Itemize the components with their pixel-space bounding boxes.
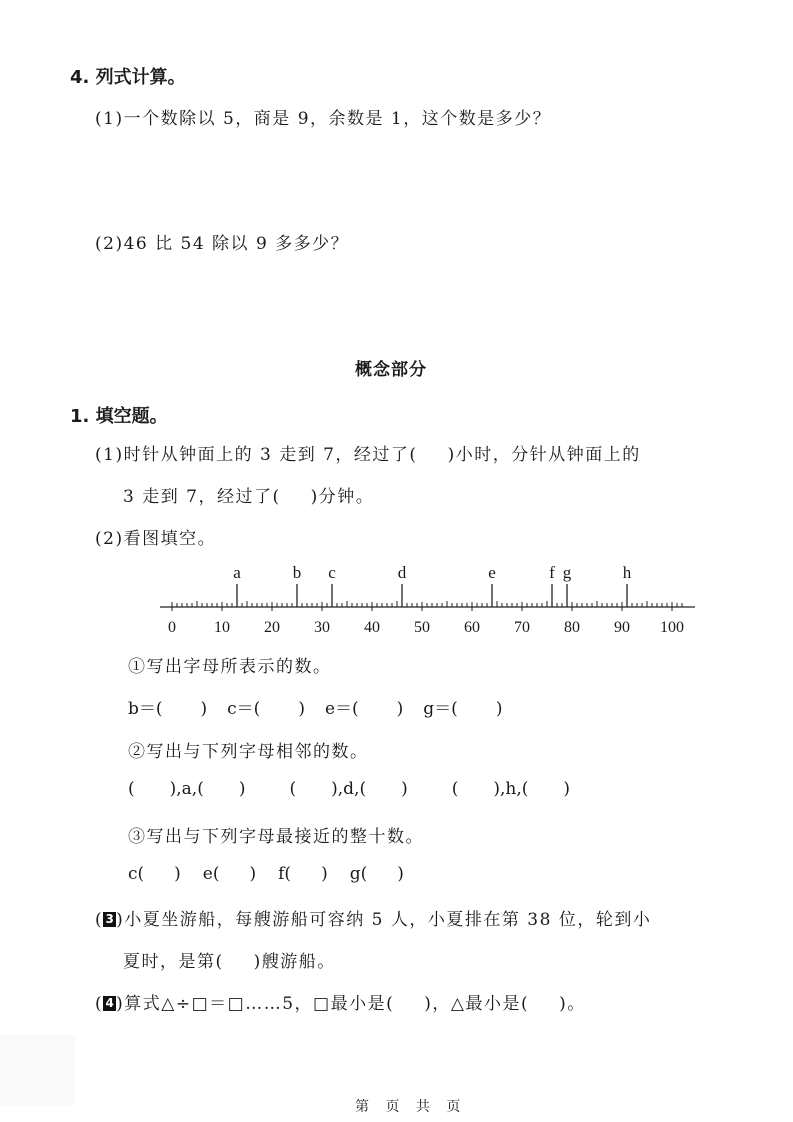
question-calc-2: (2)46 比 54 除以 9 多多少？: [95, 229, 349, 254]
question-fill-3-line2: 夏时，是第()艘游船。: [123, 947, 336, 972]
q1-line2-part-a: 3 走到 7，经过了(: [123, 487, 281, 507]
paren-close: ): [496, 699, 503, 719]
marker-label-h: h: [623, 563, 632, 582]
f-label: f(: [278, 864, 291, 884]
scan-artifact: [0, 1035, 75, 1105]
number-line-figure: 0102030405060708090100abcdefgh: [155, 560, 700, 640]
number-line: 0102030405060708090100abcdefgh: [155, 560, 700, 640]
question-number-badge: 4: [103, 996, 116, 1011]
paren-open: (: [452, 779, 459, 799]
marker-label-c: c: [328, 563, 336, 582]
e-label: e＝(: [325, 699, 359, 719]
question-fill-1-line1: (1)时针从钟面上的 3 走到 7，经过了()小时，分针从钟面上的: [95, 440, 641, 465]
paren-close: ): [397, 699, 404, 719]
c-label: c(: [128, 864, 144, 884]
e-label: e(: [203, 864, 220, 884]
q1-line1-part-b: )小时，分针从钟面上的: [448, 445, 641, 465]
paren-open: (: [95, 910, 103, 930]
question-fill-1-line2: 3 走到 7，经过了()分钟。: [123, 482, 374, 507]
q3-line2-b: )艘游船。: [254, 952, 336, 972]
tick-label: 40: [364, 619, 380, 636]
section-title-calc: 4. 列式计算。: [70, 63, 186, 89]
tick-label: 80: [564, 619, 580, 636]
c-label: c＝(: [227, 699, 260, 719]
tick-label: 30: [314, 619, 330, 636]
g-label: g(: [350, 864, 368, 884]
a-label: ),a,(: [170, 779, 204, 799]
marker-label-g: g: [563, 563, 572, 582]
q1-line2-part-b: )分钟。: [311, 487, 375, 507]
q1-line1-part-a: (1)时针从钟面上的 3 走到 7，经过了(: [95, 445, 418, 465]
tick-label: 0: [168, 619, 176, 636]
paren-close: ): [401, 779, 408, 799]
b-label: b＝(: [128, 699, 163, 719]
marker-label-f: f: [549, 563, 555, 582]
g-label: g＝(: [423, 699, 458, 719]
paren-open: (: [128, 779, 135, 799]
sub1-answers: b＝()c＝()e＝()g＝(): [128, 694, 502, 719]
paren-close: ): [563, 779, 570, 799]
marker-label-e: e: [488, 563, 496, 582]
question-fill-2-label: (2)看图填空。: [95, 524, 216, 549]
q4-text-a: )算式△÷□＝□……5，□最小是(: [116, 994, 394, 1014]
tick-label: 90: [614, 619, 630, 636]
paren-open: (: [290, 779, 297, 799]
tick-label: 20: [264, 619, 280, 636]
sub1-title: ①写出字母所表示的数。: [128, 652, 332, 677]
d-label: ),d,(: [331, 779, 366, 799]
question-fill-4: (4)算式△÷□＝□……5，□最小是()，△最小是()。: [95, 989, 586, 1014]
sub3-answers: c()e()f()g(): [128, 864, 404, 884]
paren-close: ): [174, 864, 181, 884]
question-fill-3-line1: (3)小夏坐游船，每艘游船可容纳 5 人，小夏排在第 38 位，轮到小: [95, 905, 651, 930]
tick-label: 10: [214, 619, 230, 636]
question-number-badge: 3: [103, 912, 116, 927]
q3-text: )小夏坐游船，每艘游船可容纳 5 人，小夏排在第 38 位，轮到小: [116, 910, 651, 930]
tick-label: 50: [414, 619, 430, 636]
q4-text-b: )，△最小是(: [424, 994, 529, 1014]
sub2-answers: (),a,()(),d,()(),h,(): [128, 779, 570, 799]
marker-label-d: d: [398, 563, 407, 582]
tick-label: 60: [464, 619, 480, 636]
paren-close: ): [250, 864, 257, 884]
section-heading-concept: 概念部分: [355, 355, 427, 380]
paren-close: ): [397, 864, 404, 884]
h-label: ),h,(: [493, 779, 528, 799]
question-calc-1: (1)一个数除以 5，商是 9，余数是 1，这个数是多少？: [95, 104, 551, 129]
marker-label-a: a: [233, 563, 241, 582]
sub2-title: ②写出与下列字母相邻的数。: [128, 737, 369, 762]
page-footer: 第 页 共 页: [355, 1096, 466, 1116]
sub3-title: ③写出与下列字母最接近的整十数。: [128, 822, 424, 847]
q3-line2-a: 夏时，是第(: [123, 952, 224, 972]
paren-open: (: [95, 994, 103, 1014]
tick-label: 70: [514, 619, 530, 636]
marker-label-b: b: [293, 563, 302, 582]
paren-close: ): [298, 699, 305, 719]
q4-text-c: )。: [559, 994, 586, 1014]
tick-label: 100: [660, 619, 684, 636]
paren-close: ): [239, 779, 246, 799]
paren-close: ): [321, 864, 328, 884]
paren-close: ): [201, 699, 208, 719]
fill-blank-title: 1. 填空题。: [70, 402, 168, 428]
